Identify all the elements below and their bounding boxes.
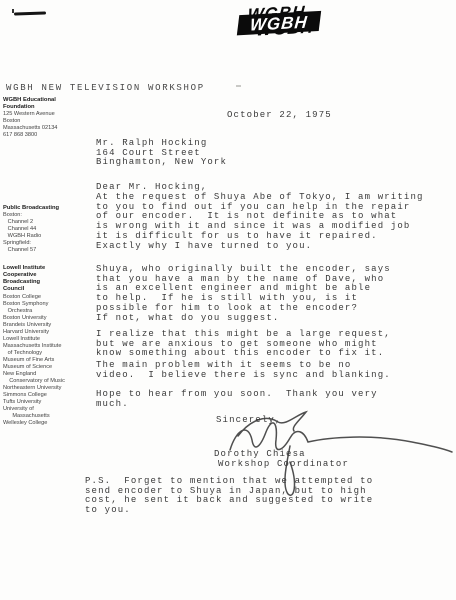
wgbh-logo-text: WGBH (249, 13, 308, 33)
sidebar-foundation-address: 125 Western Avenue Boston Massachusetts … (3, 111, 57, 139)
recipient-address: Mr. Ralph Hocking 164 Court Street Bingh… (96, 139, 227, 168)
sidebar-foundation-name: WGBH Educational Foundation (3, 97, 56, 111)
scan-artifact (236, 85, 241, 87)
paragraph-2: Shuya, who originally built the encoder,… (96, 265, 391, 323)
workshop-title: WGBH NEW TELEVISION WORKSHOP (6, 84, 205, 94)
sidebar-public-broadcasting-title: Public Broadcasting (3, 205, 59, 212)
pen-mark-dash (14, 11, 46, 15)
paragraph-1: At the request of Shuya Abe of Tokyo, I … (96, 193, 424, 251)
letter-date: October 22, 1975 (227, 111, 332, 121)
paragraph-3: I realize that this might be a large req… (96, 330, 391, 359)
sidebar-council-title: Lowell Institute Cooperative Broadcastin… (3, 265, 45, 293)
letter-page: WGBH WGBH WGBH WGBH NEW TELEVISION WORKS… (0, 0, 456, 600)
sidebar-public-broadcasting-list: Boston: Channel 2 Channel 44 WGBH Radio … (3, 212, 41, 254)
sidebar-council-members: Boston College Boston Symphony Orchestra… (3, 294, 65, 427)
signature-scrawl (220, 403, 456, 513)
wgbh-logo: WGBH WGBH WGBH (235, 2, 327, 45)
paragraph-4: The main problem with it seems to be no … (96, 361, 391, 380)
